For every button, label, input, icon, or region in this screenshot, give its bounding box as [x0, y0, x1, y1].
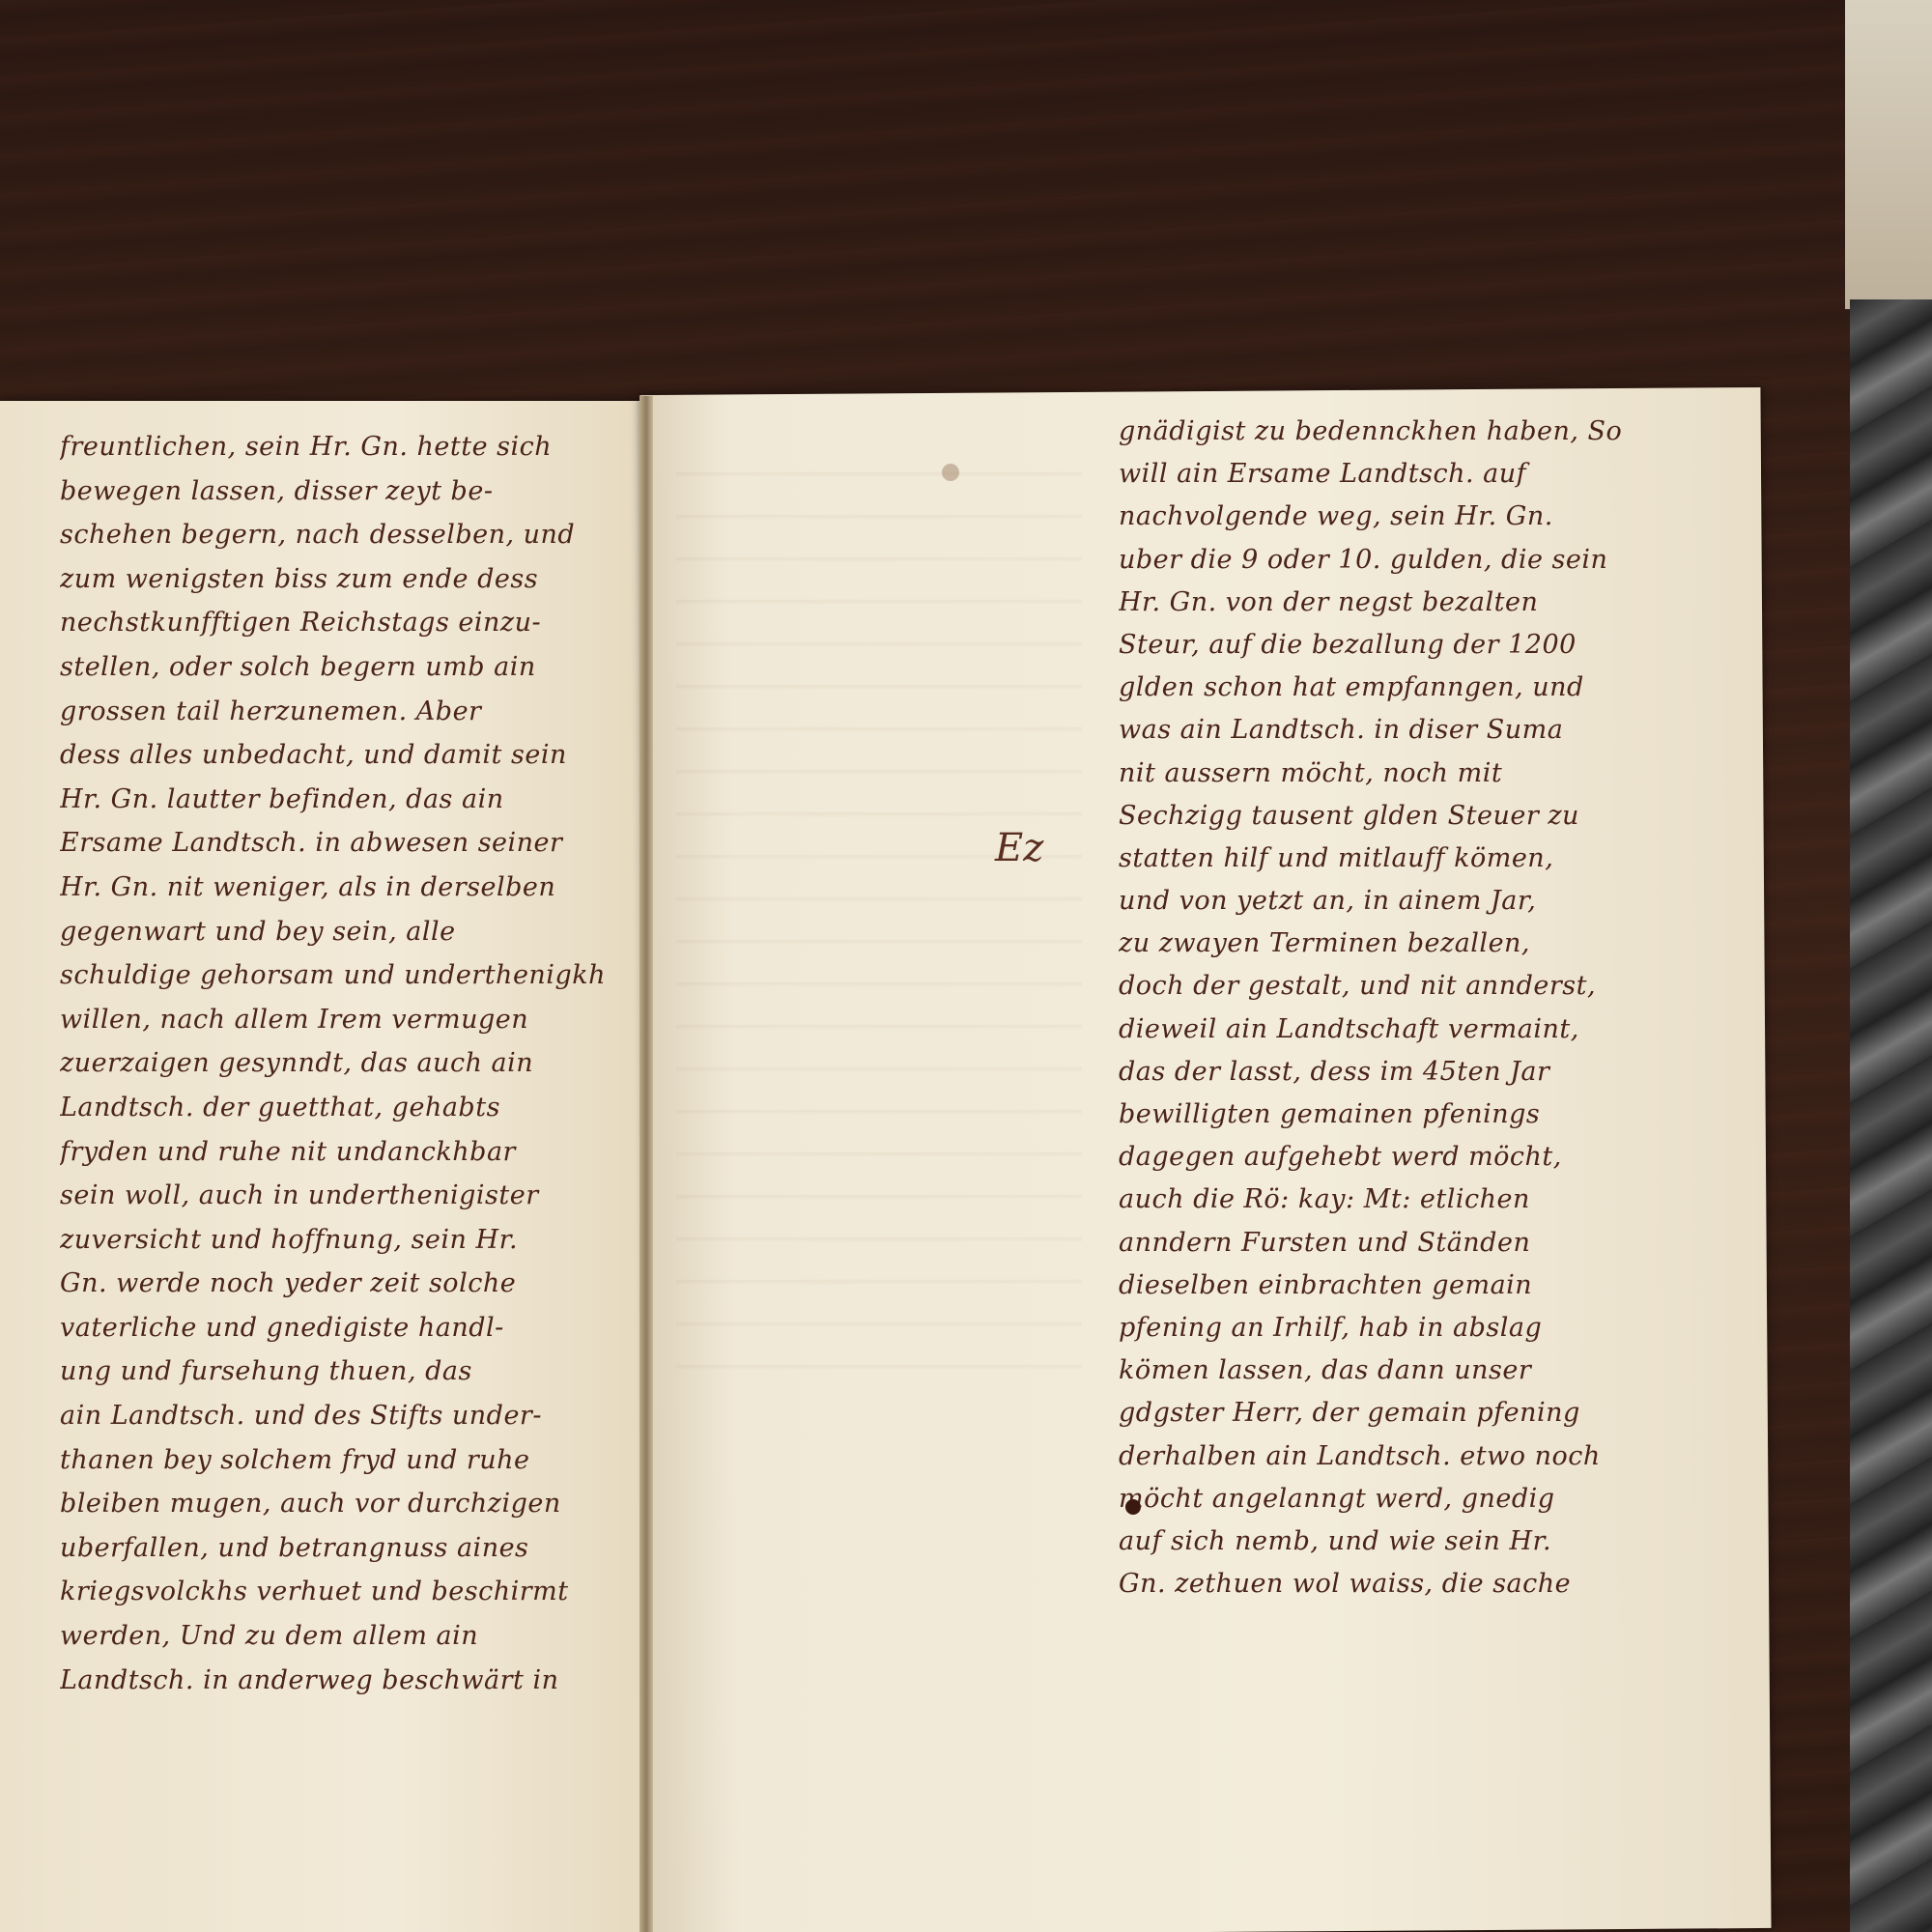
- text-line: uberfallen, und betrangnuss aines: [60, 1526, 639, 1571]
- text-line: nit aussern möcht, noch mit: [1119, 753, 1737, 795]
- right-page-text: gnädigist zu bedennckhen haben, So will …: [1119, 411, 1737, 1605]
- text-line: vaterliche und gnedigiste handl-: [60, 1306, 639, 1350]
- text-line: doch der gestalt, und nit annderst,: [1119, 965, 1737, 1008]
- text-line: Sechzigg tausent glden Steuer zu: [1119, 795, 1737, 838]
- text-line: Hr. Gn. lautter befinden, das ain: [60, 778, 639, 822]
- text-line: Ersame Landtsch. in abwesen seiner: [60, 821, 639, 866]
- text-line: das der lasst, dess im 45ten Jar: [1119, 1051, 1737, 1094]
- patterned-cloth: [1850, 299, 1932, 1932]
- text-line: möcht angelanngt werd, gnedig: [1119, 1478, 1737, 1520]
- text-line: was ain Landtsch. in diser Suma: [1119, 709, 1737, 752]
- text-line: ain Landtsch. und des Stifts under-: [60, 1394, 639, 1438]
- text-line: zu zwayen Terminen bezallen,: [1119, 923, 1737, 965]
- text-line: Steur, auf die bezallung der 1200: [1119, 624, 1737, 667]
- text-line: auch die Rö: kay: Mt: etlichen: [1119, 1179, 1737, 1221]
- text-line: zuerzaigen gesynndt, das auch ain: [60, 1041, 639, 1086]
- text-line: Landtsch. in anderweg beschwärt in: [60, 1659, 639, 1703]
- text-line: dess alles unbedacht, und damit sein: [60, 733, 639, 778]
- ink-bleed-through: [676, 435, 1082, 1401]
- text-line: Gn. werde noch yeder zeit solche: [60, 1262, 639, 1306]
- text-line: zuversicht und hoffnung, sein Hr.: [60, 1218, 639, 1263]
- text-line: ung und fursehung thuen, das: [60, 1350, 639, 1394]
- text-line: freuntlichen, sein Hr. Gn. hette sich: [60, 425, 639, 469]
- text-line: Landtsch. der guetthat, gehabts: [60, 1086, 639, 1130]
- text-line: dagegen aufgehebt werd möcht,: [1119, 1136, 1737, 1179]
- text-line: schehen begern, nach desselben, und: [60, 513, 639, 557]
- text-line: Hr. Gn. nit weniger, als in derselben: [60, 866, 639, 910]
- ink-blot: [1125, 1499, 1141, 1515]
- text-line: nechstkunfftigen Reichstags einzu-: [60, 601, 639, 645]
- text-line: kriegsvolckhs verhuet und beschirmt: [60, 1570, 639, 1614]
- text-line: gnädigist zu bedennckhen haben, So: [1119, 411, 1737, 453]
- text-line: fryden und ruhe nit undanckhbar: [60, 1130, 639, 1175]
- text-line: grossen tail herzunemen. Aber: [60, 690, 639, 734]
- paper-stain: [942, 464, 959, 481]
- text-line: bewegen lassen, disser zeyt be-: [60, 469, 639, 514]
- text-line: derhalben ain Landtsch. etwo noch: [1119, 1435, 1737, 1478]
- text-line: bewilligten gemainen pfenings: [1119, 1094, 1737, 1136]
- text-line: will ain Ersame Landtsch. auf: [1119, 453, 1737, 496]
- text-line: gegenwart und bey sein, alle: [60, 910, 639, 954]
- book-gutter: [639, 396, 653, 1932]
- margin-note: Ez: [995, 826, 1043, 870]
- text-line: glden schon hat empfanngen, und: [1119, 667, 1737, 709]
- text-line: dieweil ain Landtschaft vermaint,: [1119, 1009, 1737, 1051]
- text-line: uber die 9 oder 10. gulden, die sein: [1119, 539, 1737, 582]
- text-line: dieselben einbrachten gemain: [1119, 1264, 1737, 1307]
- text-line: gdgster Herr, der gemain pfening: [1119, 1392, 1737, 1435]
- text-line: pfening an Irhilf, hab in abslag: [1119, 1307, 1737, 1350]
- text-line: und von yetzt an, in ainem Jar,: [1119, 880, 1737, 923]
- text-line: stellen, oder solch begern umb ain: [60, 645, 639, 690]
- text-line: schuldige gehorsam und underthenigkh: [60, 953, 639, 998]
- text-line: bleiben mugen, auch vor durchzigen: [60, 1482, 639, 1526]
- text-line: thanen bey solchem fryd und ruhe: [60, 1438, 639, 1483]
- text-line: anndern Fursten und Ständen: [1119, 1222, 1737, 1264]
- left-page-text: freuntlichen, sein Hr. Gn. hette sich be…: [60, 425, 639, 1702]
- text-line: Hr. Gn. von der negst bezalten: [1119, 582, 1737, 624]
- text-line: kömen lassen, das dann unser: [1119, 1350, 1737, 1392]
- text-line: nachvolgende weg, sein Hr. Gn.: [1119, 496, 1737, 538]
- text-line: auf sich nemb, und wie sein Hr.: [1119, 1520, 1737, 1563]
- text-line: werden, Und zu dem allem ain: [60, 1614, 639, 1659]
- text-line: statten hilf und mitlauff kömen,: [1119, 838, 1737, 880]
- background-wall: [1845, 0, 1932, 309]
- text-line: Gn. zethuen wol waiss, die sache: [1119, 1563, 1737, 1605]
- text-line: zum wenigsten biss zum ende dess: [60, 557, 639, 602]
- text-line: sein woll, auch in underthenigister: [60, 1174, 639, 1218]
- text-line: willen, nach allem Irem vermugen: [60, 998, 639, 1042]
